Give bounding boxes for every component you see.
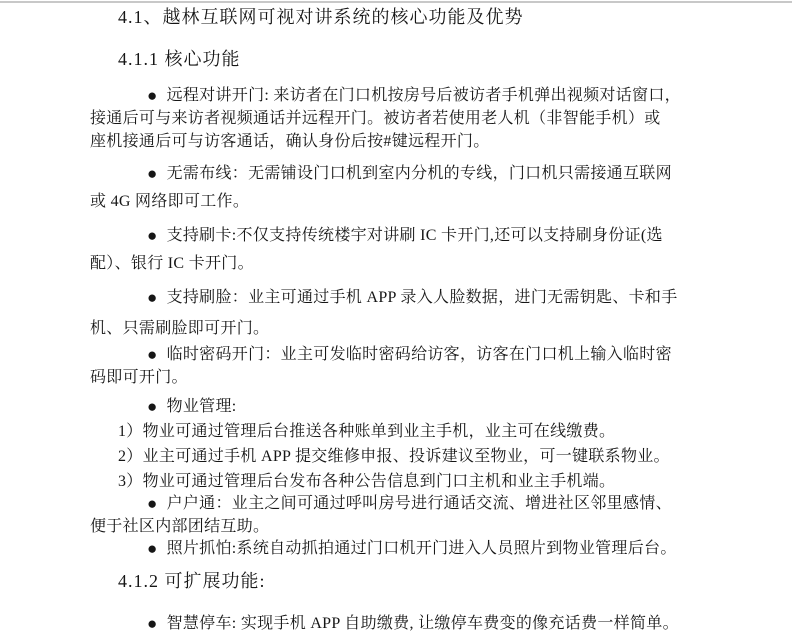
feature-line: 码即可开门。 <box>90 366 750 389</box>
feature-line: ●支持刷卡:不仅支持传统楼宇对讲刷 IC 卡开门,还可以支持刷身份证(选 <box>90 222 750 250</box>
feature-text: 无需布线：无需铺设门口机到室内分机的专线，门口机只需接通互联网 <box>167 165 672 182</box>
feature-line: ●远程对讲开门: 来访者在门口机按房号后被访者手机弹出视频对话窗口， <box>90 84 750 107</box>
feature-line: 或 4G 网络即可工作。 <box>90 188 750 216</box>
feature-text: 照片抓怕:系统自动抓拍通过门口机开门进入人员照片到物业管理后台。 <box>167 540 677 557</box>
bullet-icon: ● <box>147 289 158 306</box>
section-heading-core-text: 4.1.1 核心功能 <box>118 49 241 69</box>
bullet-icon: ● <box>147 165 158 182</box>
document-page: 4.1、越林互联网可视对讲系统的核心功能及优势 4.1.1 核心功能 ●远程对讲… <box>0 0 792 637</box>
doc-title-text: 4.1、越林互联网可视对讲系统的核心功能及优势 <box>118 7 524 27</box>
bullet-icon: ● <box>147 346 158 363</box>
feature-text: 支持刷脸：业主可通过手机 APP 录入人脸数据，进门无需钥匙、卡和手 <box>167 289 678 306</box>
feature-line: 机、只需刷脸即可开门。 <box>90 313 750 344</box>
feature-text: 临时密码开门：业主可发临时密码给访客，访客在门口机上输入临时密 <box>167 346 672 363</box>
feature-card-swipe: ●支持刷卡:不仅支持传统楼宇对讲刷 IC 卡开门,还可以支持刷身份证(选 配）、… <box>90 222 750 278</box>
feature-line: ●照片抓怕:系统自动抓拍通过门口机开门进入人员照片到物业管理后台。 <box>90 537 750 560</box>
feature-text: 户户通：业主之间可通过呼叫房号进行通话交流、增进社区邻里感情、 <box>167 495 672 512</box>
feature-line: 便于社区内部团结互助。 <box>90 515 750 538</box>
section-heading-core: 4.1.1 核心功能 <box>118 46 778 72</box>
feature-property-management: ●物业管理: 1）物业可通过管理后台推送各种账单到业主手机，业主可在线缴费。 2… <box>90 394 750 494</box>
feature-no-wiring: ●无需布线：无需铺设门口机到室内分机的专线，门口机只需接通互联网 或 4G 网络… <box>90 160 750 216</box>
feature-text: 远程对讲开门: 来访者在门口机按房号后被访者手机弹出视频对话窗口， <box>167 87 681 104</box>
bullet-icon: ● <box>147 615 158 632</box>
feature-line: 座机接通后可与访客通话，确认身份后按#键远程开门。 <box>90 130 750 153</box>
bullet-icon: ● <box>147 227 158 244</box>
feature-neighbor-intercom: ●户户通：业主之间可通过呼叫房号进行通话交流、增进社区邻里感情、 便于社区内部团… <box>90 492 750 538</box>
feature-line: ●无需布线：无需铺设门口机到室内分机的专线，门口机只需接通互联网 <box>90 160 750 188</box>
feature-text: 智慧停车: 实现手机 APP 自助缴费, 让缴停车费变的像充话费一样简单。 <box>167 615 679 632</box>
bullet-icon: ● <box>147 540 158 557</box>
numbered-item: 2）业主可通过手机 APP 提交维修申报、投诉建议至物业，可一键联系物业。 <box>90 444 750 469</box>
bullet-icon: ● <box>147 87 158 104</box>
bullet-icon: ● <box>147 495 158 512</box>
feature-smart-parking: ●智慧停车: 实现手机 APP 自助缴费, 让缴停车费变的像充话费一样简单。 <box>90 612 750 635</box>
feature-face-recognition: ●支持刷脸：业主可通过手机 APP 录入人脸数据，进门无需钥匙、卡和手 机、只需… <box>90 282 750 344</box>
bullet-icon: ● <box>147 398 158 415</box>
feature-text: 物业管理: <box>167 398 237 415</box>
feature-temp-password: ●临时密码开门：业主可发临时密码给访客，访客在门口机上输入临时密 码即可开门。 <box>90 343 750 389</box>
feature-line: 配）、银行 IC 卡开门。 <box>90 250 750 278</box>
feature-text: 支持刷卡:不仅支持传统楼宇对讲刷 IC 卡开门,还可以支持刷身份证(选 <box>167 227 663 244</box>
section-heading-ext: 4.1.2 可扩展功能: <box>118 568 778 594</box>
feature-line: ●临时密码开门：业主可发临时密码给访客，访客在门口机上输入临时密 <box>90 343 750 366</box>
feature-line: ●智慧停车: 实现手机 APP 自助缴费, 让缴停车费变的像充话费一样简单。 <box>90 612 750 635</box>
feature-line: ●物业管理: <box>90 394 750 419</box>
feature-line: ●户户通：业主之间可通过呼叫房号进行通话交流、增进社区邻里感情、 <box>90 492 750 515</box>
page-top-border <box>0 1 792 3</box>
feature-remote-intercom: ●远程对讲开门: 来访者在门口机按房号后被访者手机弹出视频对话窗口， 接通后可与… <box>90 84 750 153</box>
section-heading-ext-text: 4.1.2 可扩展功能: <box>118 571 266 591</box>
numbered-item: 1）物业可通过管理后台推送各种账单到业主手机，业主可在线缴费。 <box>90 419 750 444</box>
feature-photo-capture: ●照片抓怕:系统自动抓拍通过门口机开门进入人员照片到物业管理后台。 <box>90 537 750 560</box>
feature-line: ●支持刷脸：业主可通过手机 APP 录入人脸数据，进门无需钥匙、卡和手 <box>90 282 750 313</box>
doc-title: 4.1、越林互联网可视对讲系统的核心功能及优势 <box>118 4 778 30</box>
feature-line: 接通后可与来访者视频通话并远程开门。被访者若使用老人机（非智能手机）或 <box>90 107 750 130</box>
numbered-item: 3）物业可通过管理后台发布各种公告信息到门口主机和业主手机端。 <box>90 469 750 494</box>
